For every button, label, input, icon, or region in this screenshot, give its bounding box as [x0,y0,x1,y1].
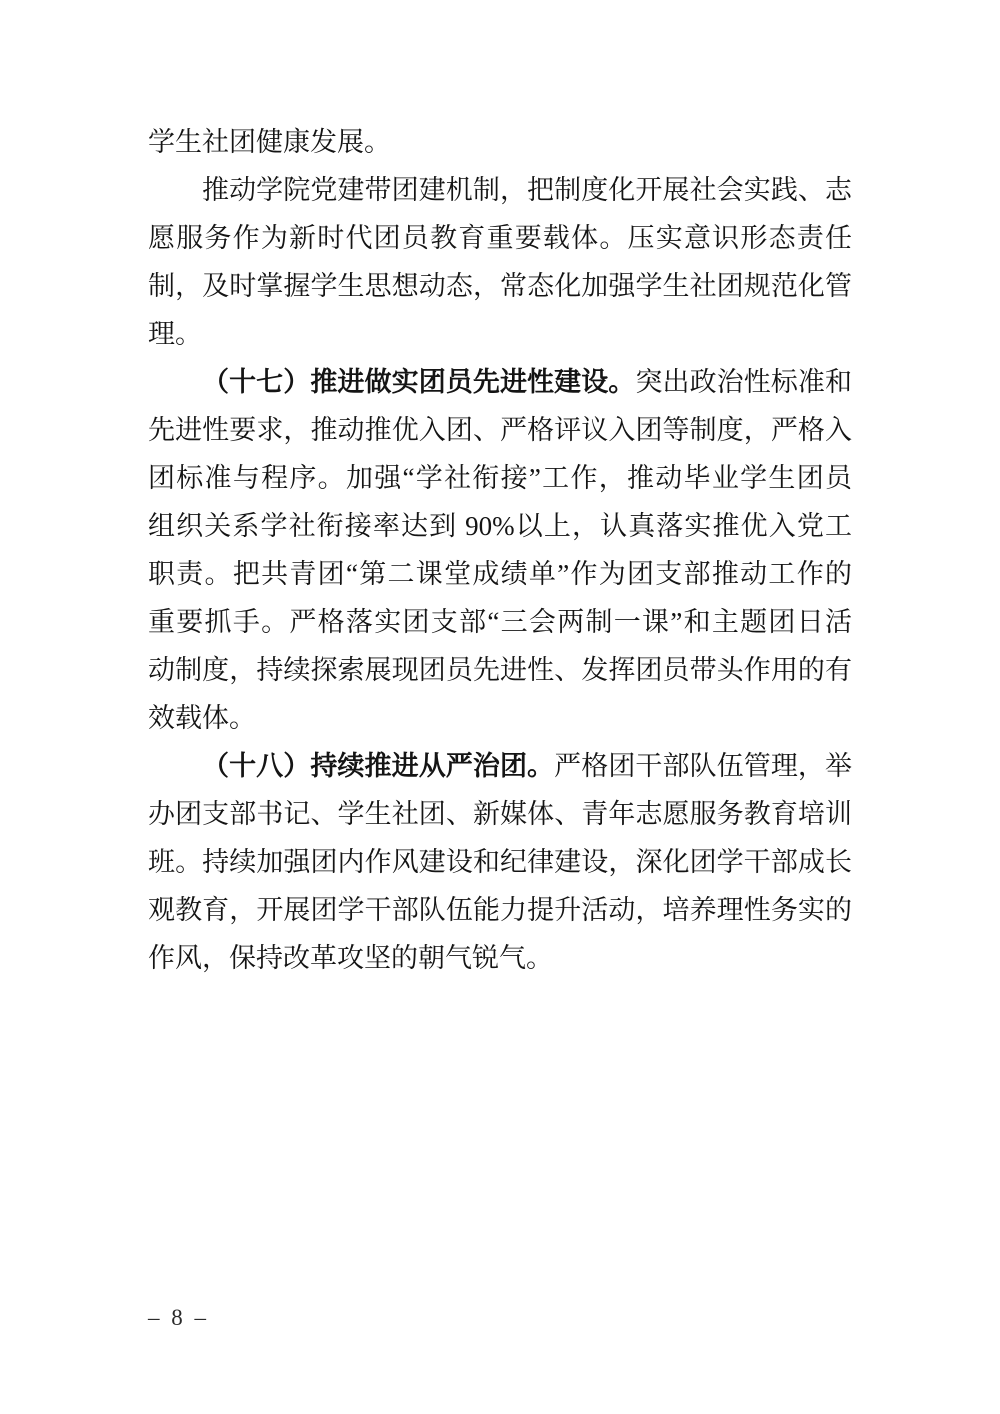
paragraph-text: 突出政治性标准和 [635,367,852,397]
text-line: 学生社团健康发展。 [148,118,852,166]
text-line: 职责。把共青团“第二课堂成绩单”作为团支部推动工作的 [148,550,852,598]
text-line: 班。持续加强团内作风建设和纪律建设，深化团学干部成长 [148,838,852,886]
text-line: 制，及时掌握学生思想动态，常态化加强学生社团规范化管 [148,262,852,310]
text-line: （十七）推进做实团员先进性建设。突出政治性标准和 [148,358,852,406]
paragraph-text: 学生社团健康发展。 [148,127,391,157]
text-line: 重要抓手。严格落实团支部“三会两制一课”和主题团日活 [148,598,852,646]
text-line: 组织关系学社衔接率达到 90%以上，认真落实推优入党工作 [148,502,852,550]
page-footer: – 8 – [148,1305,209,1331]
section-18-heading: （十八）持续推进从严治团。 [202,751,554,781]
paragraph-text: 制，及时掌握学生思想动态，常态化加强学生社团规范化管 [148,271,852,301]
text-line: 愿服务作为新时代团员教育重要载体。压实意识形态责任 [148,214,852,262]
paragraph-text: 重要抓手。严格落实团支部“三会两制一课”和主题团日活 [148,607,852,637]
paragraph-text: 职责。把共青团“第二课堂成绩单”作为团支部推动工作的 [148,559,852,589]
paragraph-text: 作风，保持改革攻坚的朝气锐气。 [148,943,553,973]
paragraph-text: 愿服务作为新时代团员教育重要载体。压实意识形态责任 [148,223,852,253]
text-line: 观教育，开展团学干部队伍能力提升活动，培养理性务实的 [148,886,852,934]
text-line: 作风，保持改革攻坚的朝气锐气。 [148,934,852,982]
paragraph-text: 办团支部书记、学生社团、新媒体、青年志愿服务教育培训 [148,799,852,829]
page-number: – 8 – [148,1305,209,1330]
paragraph-text: 观教育，开展团学干部队伍能力提升活动，培养理性务实的 [148,895,852,925]
paragraph-text: 班。持续加强团内作风建设和纪律建设，深化团学干部成长 [148,847,852,877]
paragraph-text: 效载体。 [148,703,256,733]
text-line: 办团支部书记、学生社团、新媒体、青年志愿服务教育培训 [148,790,852,838]
text-line: 理。 [148,310,852,358]
paragraph-text: 推动学院党建带团建机制，把制度化开展社会实践、志 [202,175,852,205]
text-line: 动制度，持续探索展现团员先进性、发挥团员带头作用的有 [148,646,852,694]
text-line: 团标准与程序。加强“学社衔接”工作，推动毕业学生团员 [148,454,852,502]
text-line: 效载体。 [148,694,852,742]
paragraph-text: 严格团干部队伍管理，举 [554,751,852,781]
text-line: （十八）持续推进从严治团。严格团干部队伍管理，举 [148,742,852,790]
paragraph-text: 理。 [148,319,202,349]
paragraph-text: 团标准与程序。加强“学社衔接”工作，推动毕业学生团员 [148,463,852,493]
paragraph-text: 组织关系学社衔接率达到 90%以上，认真落实推优入党工作 [148,511,852,550]
text-line: 推动学院党建带团建机制，把制度化开展社会实践、志 [148,166,852,214]
document-body: 学生社团健康发展。 推动学院党建带团建机制，把制度化开展社会实践、志 愿服务作为… [148,118,852,982]
paragraph-text: 先进性要求，推动推优入团、严格评议入团等制度，严格入 [148,415,852,445]
paragraph-text: 动制度，持续探索展现团员先进性、发挥团员带头作用的有 [148,655,852,685]
text-line: 先进性要求，推动推优入团、严格评议入团等制度，严格入 [148,406,852,454]
section-17-heading: （十七）推进做实团员先进性建设。 [202,367,635,397]
document-page: 学生社团健康发展。 推动学院党建带团建机制，把制度化开展社会实践、志 愿服务作为… [0,0,1000,1414]
